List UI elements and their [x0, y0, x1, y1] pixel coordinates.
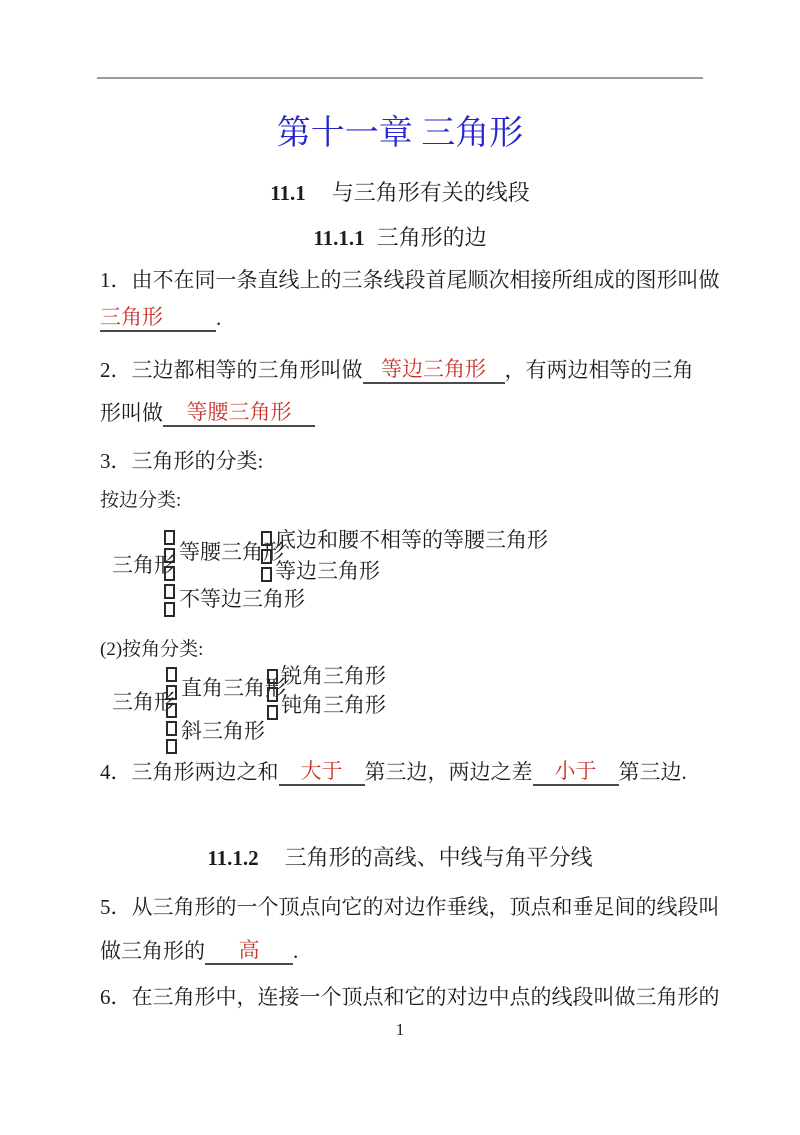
question-5-line-1: 5．从三角形的一个顶点向它的对边作垂线，顶点和垂足间的线段叫 — [100, 893, 710, 921]
question-text: 形叫做 — [100, 401, 163, 425]
header-rule — [97, 77, 703, 79]
missing-glyph-box-icon — [166, 685, 177, 700]
answer-text: 小于 — [555, 759, 597, 783]
answer-text: 等边三角形 — [381, 357, 486, 381]
subsection-heading-11-1-1: 11.1.1三角形的边 — [0, 223, 800, 253]
answer-text: 三角形 — [100, 305, 163, 329]
missing-glyph-box-icon — [261, 567, 272, 582]
missing-glyph-box-icon — [267, 705, 278, 720]
tree-leaf: 底边和腰不相等的等腰三角形 — [275, 527, 548, 553]
missing-glyph-box-icon — [164, 548, 175, 563]
answer-text: 大于 — [301, 759, 343, 783]
question-6-line-1: 6．在三角形中，连接一个顶点和它的对边中点的线段叫做三角形的 — [100, 983, 710, 1011]
chapter-title: 第十一章 三角形 — [0, 112, 800, 156]
classification-tree-by-angles: 三角形 直角三角形 锐角三角形 钝角三角形 斜三角形 — [100, 658, 710, 753]
question-2-line-2: 形叫做等腰三角形 — [100, 399, 710, 427]
tree-leaf: 锐角三角形 — [281, 663, 386, 689]
question-1-line-1: 1．由不在同一条直线上的三条线段首尾顺次相接所组成的图形叫做 — [100, 266, 710, 294]
sentence-tail: . — [216, 306, 221, 330]
section-number: 11.1 — [270, 181, 306, 205]
sentence-tail: . — [293, 939, 298, 963]
tree-branch: 不等边三角形 — [179, 586, 305, 612]
subsection-heading-11-1-2: 11.1.2三角形的高线、中线与角平分线 — [0, 843, 800, 873]
question-3-heading: 3．三角形的分类: — [100, 447, 710, 475]
answer-blank: 三角形 — [100, 304, 216, 332]
missing-glyph-box-icon — [261, 531, 272, 546]
question-text: 第三边. — [619, 760, 687, 784]
question-1-line-2: 三角形. — [100, 304, 710, 332]
missing-glyph-box-icon — [166, 667, 177, 682]
section-heading-11-1: 11.1与三角形有关的线段 — [0, 178, 800, 208]
answer-blank: 等边三角形 — [363, 356, 505, 384]
missing-glyph-box-icon — [164, 602, 175, 617]
answer-blank: 高 — [205, 937, 293, 965]
subsection-heading-text: 三角形的边 — [377, 225, 487, 250]
page-number: 1 — [0, 1020, 800, 1040]
question-text: 4．三角形两边之和 — [100, 760, 279, 784]
question-2-line-1: 2．三边都相等的三角形叫做等边三角形，有两边相等的三角 — [100, 356, 710, 384]
answer-text: 等腰三角形 — [187, 400, 292, 424]
question-text: 做三角形的 — [100, 939, 205, 963]
missing-glyph-box-icon — [166, 703, 177, 718]
missing-glyph-box-icon — [267, 669, 278, 684]
missing-glyph-box-icon — [166, 739, 177, 754]
missing-glyph-box-icon — [164, 566, 175, 581]
question-text: ，有两边相等的三角 — [505, 358, 694, 382]
tree-branch: 斜三角形 — [181, 718, 265, 744]
document-page: 第十一章 三角形 11.1与三角形有关的线段 11.1.1三角形的边 1．由不在… — [0, 0, 800, 1135]
subsection-number: 11.1.1 — [313, 226, 364, 250]
answer-text: 高 — [239, 938, 260, 962]
answer-blank: 小于 — [533, 758, 619, 786]
missing-glyph-box-icon — [164, 584, 175, 599]
classification-tree-by-sides: 三角形 等腰三角形 底边和腰不相等的等腰三角形 等边三角形 不等边三角形 — [100, 523, 710, 623]
tree-leaf: 钝角三角形 — [281, 692, 386, 718]
section-heading-text: 与三角形有关的线段 — [332, 180, 530, 205]
missing-glyph-box-icon — [267, 687, 278, 702]
answer-blank: 大于 — [279, 758, 365, 786]
missing-glyph-box-icon — [166, 721, 177, 736]
tree-leaf: 等边三角形 — [275, 558, 380, 584]
answer-blank: 等腰三角形 — [163, 399, 315, 427]
question-text: 2．三边都相等的三角形叫做 — [100, 358, 363, 382]
question-4: 4．三角形两边之和大于第三边，两边之差小于第三边. — [100, 758, 710, 786]
subsection-heading-text: 三角形的高线、中线与角平分线 — [285, 845, 593, 870]
question-text: 第三边，两边之差 — [365, 760, 533, 784]
classification-by-sides-label: 按边分类: — [100, 487, 710, 515]
missing-glyph-box-icon — [261, 549, 272, 564]
missing-glyph-box-icon — [164, 530, 175, 545]
question-5-line-2: 做三角形的高. — [100, 937, 710, 965]
subsection-number: 11.1.2 — [207, 846, 258, 870]
